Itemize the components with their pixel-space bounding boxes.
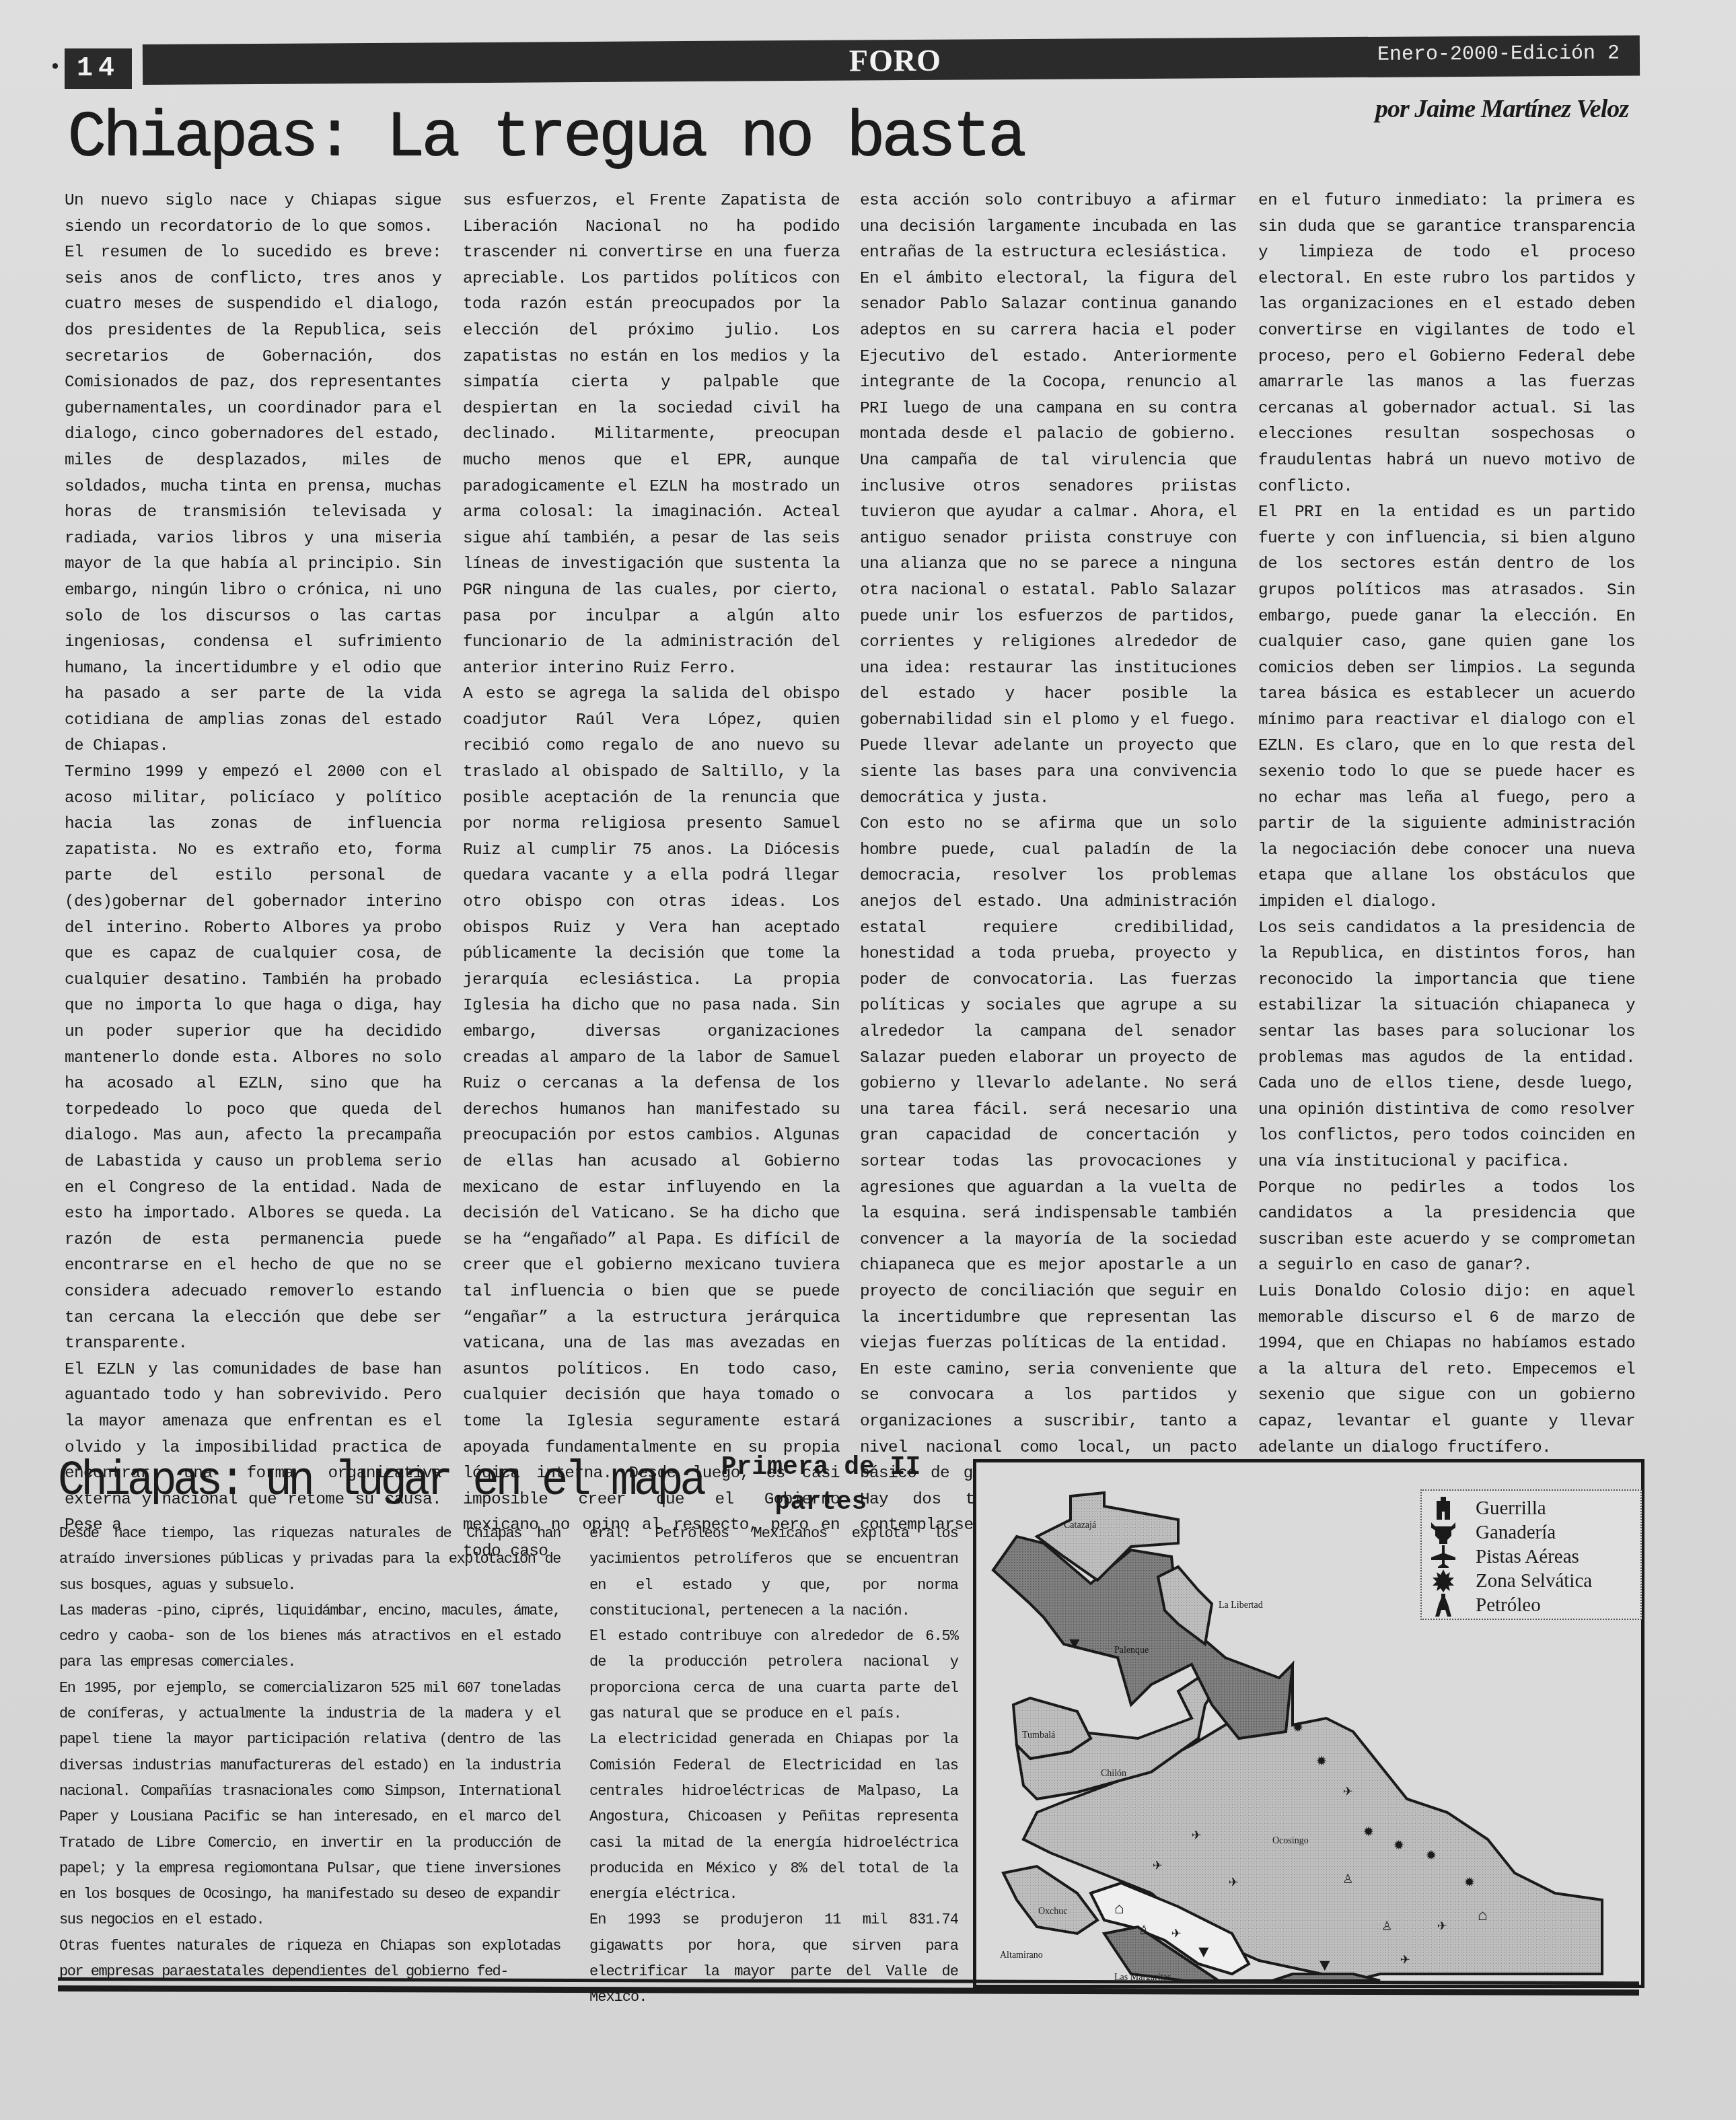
paragraph: Porque no pedirles a todos los candidato… <box>1258 1176 1635 1279</box>
paragraph: Con esto no se afirma que un solo hombre… <box>860 812 1237 1357</box>
paragraph: A esto se agrega la salida del obispo co… <box>463 682 840 1565</box>
zona-selvatica-icon: ✹ <box>1464 1872 1475 1892</box>
region-label-altamirano: Altamirano <box>1000 1950 1043 1961</box>
legend-label: Petróleo <box>1476 1594 1541 1617</box>
paragraph: El PRI en la entidad es un partido fuert… <box>1258 500 1635 916</box>
paragraph: Un nuevo siglo nace y Chiapas sigue sien… <box>65 188 441 240</box>
region-label-ocosingo: Ocosingo <box>1272 1836 1309 1847</box>
region-oxchuc <box>1003 1866 1097 1934</box>
legend-item-pistas-aereas: Pistas Aéreas <box>1430 1545 1579 1569</box>
guerrilla-icon: ⌂ <box>1478 1907 1487 1925</box>
paragraph: Las maderas -pino, ciprés, liquidámbar, … <box>59 1598 560 1676</box>
petroleo-icon: ♙ <box>1382 1917 1391 1936</box>
pistas-aereas-icon: ✈ <box>1171 1925 1181 1943</box>
petroleo-icon <box>1430 1593 1457 1617</box>
zona-selvatica-icon: ✹ <box>1363 1821 1374 1841</box>
section-bar: FORO Enero-2000-Edición 2 <box>143 35 1640 85</box>
legend-label: Pistas Aéreas <box>1476 1546 1579 1568</box>
paragraph: Luis Donaldo Colosio dijo: en aquel memo… <box>1258 1279 1635 1461</box>
paragraph: En el ámbito electoral, la figura del se… <box>860 267 1237 812</box>
petroleo-icon: ♙ <box>1343 1870 1352 1888</box>
article2-title: Chiapas: un lugar en el mapa <box>58 1454 702 1509</box>
region-label-catazaja: Catazajá <box>1064 1520 1096 1531</box>
article2-column-1: Desde hace tiempo, las riquezas naturale… <box>59 1521 560 1985</box>
guerrilla-icon: ⌂ <box>1114 1901 1124 1919</box>
ganaderia-icon: ▼ <box>1198 1942 1209 1963</box>
region-label-palenque: Palenque <box>1114 1646 1149 1656</box>
pistas-aereas-icon: ✈ <box>1153 1857 1162 1875</box>
region-label-la-libertad: La Libertad <box>1219 1600 1263 1611</box>
paragraph: eral: Petróleos Mexicanos explota los ya… <box>589 1521 958 1624</box>
article-column-2: sus esfuerzos, el Frente Zapatista de Li… <box>463 188 840 1565</box>
pistas-aereas-icon: ✈ <box>1400 1951 1410 1969</box>
article-column-4: en el futuro inmediato: la primera es si… <box>1258 188 1635 1513</box>
chiapas-map: ▼ ✹ ✹ ✈ ✹ ✹ ✹ ✹ ✈ ✈ ✈ ♙ ♙ ✈ ✈ ⌂ ▼ ▼ ✈ ♙ <box>973 1459 1644 1988</box>
legend-label: Zona Selvática <box>1476 1570 1592 1592</box>
zona-selvatica-icon: ✹ <box>1316 1751 1327 1771</box>
zona-selvatica-icon: ✹ <box>1426 1845 1437 1865</box>
section-name: FORO <box>849 42 941 79</box>
legend-label: Ganadería <box>1476 1522 1556 1544</box>
legend-item-petroleo: Petróleo <box>1430 1593 1541 1617</box>
paragraph: En 1993 se produjeron 11 mil 831.74 giga… <box>589 1907 958 2010</box>
ganaderia-icon: ▼ <box>1069 1634 1080 1654</box>
paragraph: sus esfuerzos, el Frente Zapatista de Li… <box>463 188 840 682</box>
article-column-3: esta acción solo contribuyo a afirmar un… <box>860 188 1237 1539</box>
page-header: 14 FORO Enero-2000-Edición 2 <box>62 34 1640 89</box>
paragraph: El estado contribuye con alrededor de 6.… <box>589 1624 958 1727</box>
registration-mark <box>52 63 58 69</box>
pistas-aereas-icon: ✈ <box>1343 1783 1352 1801</box>
paragraph: en el futuro inmediato: la primera es si… <box>1258 188 1635 500</box>
ganaderia-icon <box>1430 1520 1457 1545</box>
ganaderia-icon: ▼ <box>1319 1956 1330 1976</box>
map-legend: Guerrilla Ganadería Pistas Aéreas Zona S… <box>1420 1489 1642 1620</box>
article2-subtitle: Primera de II partes <box>673 1450 969 1520</box>
zona-selvatica-icon: ✹ <box>1394 1835 1404 1855</box>
region-label-oxchuc: Oxchuc <box>1038 1907 1068 1917</box>
paragraph: El EZLN y las comunidades de base han ag… <box>65 1357 441 1539</box>
legend-item-zona-selvatica: Zona Selvática <box>1430 1569 1592 1593</box>
zona-selvatica-icon <box>1430 1569 1457 1593</box>
petroleo-icon: ♙ <box>1139 1921 1149 1940</box>
page-number: 14 <box>65 48 132 89</box>
legend-item-ganaderia: Ganadería <box>1430 1520 1556 1545</box>
paragraph: La electricidad generada en Chiapas por … <box>589 1727 958 1907</box>
paragraph: esta acción solo contribuyo a afirmar un… <box>860 188 1237 267</box>
paragraph: El resumen de lo sucedido es breve: seis… <box>65 240 441 760</box>
guerrilla-icon <box>1430 1496 1457 1520</box>
paragraph: En 1995, por ejemplo, se comercializaron… <box>59 1676 560 1934</box>
edition-label: Enero-2000-Edición 2 <box>1377 42 1620 67</box>
region-label-chilon: Chilón <box>1101 1769 1126 1779</box>
legend-label: Guerrilla <box>1476 1497 1546 1520</box>
legend-item-guerrilla: Guerrilla <box>1430 1496 1546 1520</box>
article-column-1: Un nuevo siglo nace y Chiapas sigue sien… <box>65 188 441 1539</box>
pistas-aereas-icon: ✈ <box>1192 1827 1201 1845</box>
zona-selvatica-icon: ✹ <box>1293 1717 1303 1737</box>
article2-column-2: eral: Petróleos Mexicanos explota los ya… <box>589 1521 958 2011</box>
region-label-tumbala: Tumbalá <box>1022 1730 1055 1741</box>
paragraph: Desde hace tiempo, las riquezas naturale… <box>59 1521 560 1598</box>
paragraph: Los seis candidatos a la presidencia de … <box>1258 916 1635 1176</box>
pistas-aereas-icon <box>1430 1545 1457 1569</box>
paragraph: Termino 1999 y empezó el 2000 con el aco… <box>65 760 441 1357</box>
pistas-aereas-icon: ✈ <box>1229 1874 1238 1892</box>
newspaper-page: 14 FORO Enero-2000-Edición 2 Chiapas: La… <box>0 0 1736 2120</box>
pistas-aereas-icon: ✈ <box>1437 1917 1447 1936</box>
article-byline: por Jaime Martínez Veloz <box>1375 94 1628 124</box>
article-title: Chiapas: La tregua no basta <box>67 101 1023 174</box>
